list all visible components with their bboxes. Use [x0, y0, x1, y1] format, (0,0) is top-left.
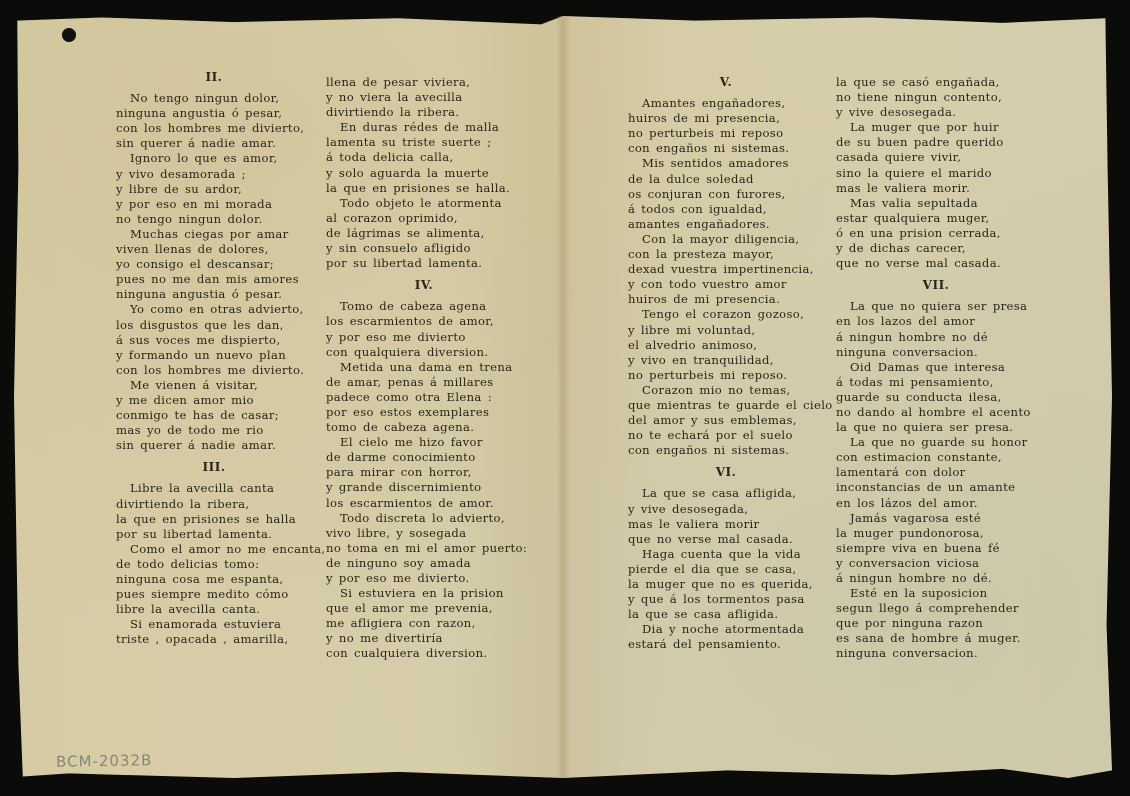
verse-line: que no verse mal casada.	[628, 532, 824, 547]
verse-line: la que se casó engañada,	[836, 75, 1036, 90]
verse-line: mas le valiera morir.	[836, 181, 1036, 196]
verse-line: siempre viva en buena fé	[836, 541, 1036, 556]
verse-line: de ninguno soy amada	[326, 556, 522, 571]
verse-line: y grande discernimiento	[326, 480, 522, 495]
verse-line: No tengo ningun dolor,	[116, 91, 312, 106]
verse-line: Con la mayor diligencia,	[628, 232, 824, 247]
verse-line: á ningun hombre no dé	[836, 330, 1036, 345]
verse-line: Muchas ciegas por amar	[116, 227, 312, 242]
catalog-stamp: BCM-2032B	[56, 751, 153, 771]
verse-line: Amantes engañadores,	[628, 96, 824, 111]
verse-line: para mirar con horror,	[326, 465, 522, 480]
verse-line: y vive desosegada,	[628, 502, 824, 517]
verse-line: Todo objeto le atormenta	[326, 196, 522, 211]
verse-line: Si estuviera en la prision	[326, 586, 522, 601]
verse-line: con los hombres me divierto.	[116, 363, 312, 378]
verse-line: á ningun hombre no dé.	[836, 571, 1036, 586]
verse-line: lamentará con dolor	[836, 465, 1036, 480]
verse-line: sin querer á nadie amar.	[116, 438, 312, 453]
verse-line: no tiene ningun contento,	[836, 90, 1036, 105]
verse-line: sino la quiere el marido	[836, 166, 1036, 181]
verse-line: lamenta su triste suerte ;	[326, 135, 522, 150]
verse-line: dexad vuestra impertinencia,	[628, 262, 824, 277]
verse-line: estará del pensamiento.	[628, 637, 824, 652]
verse-line: me afligiera con razon,	[326, 616, 522, 631]
verse-line: y por eso en mi morada	[116, 197, 312, 212]
verse-line: á toda delicia calla,	[326, 150, 522, 165]
verse-line: La muger que por huir	[836, 120, 1036, 135]
verse-line: por su libertad lamenta.	[326, 256, 522, 271]
verse-line: Me vienen á visitar,	[116, 378, 312, 393]
verse-line: mas yo de todo me rio	[116, 423, 312, 438]
verse-line: libre la avecilla canta.	[116, 602, 312, 617]
verse-line: padece como otra Elena :	[326, 390, 522, 405]
verse-line: en los lázos del amor.	[836, 496, 1036, 511]
verse-line: de amar, penas á millares	[326, 375, 522, 390]
verse-line: ninguna angustia ó pesar.	[116, 287, 312, 302]
column-2: llena de pesar viviera,y no viera la ave…	[326, 75, 522, 662]
verse-line: Oid Damas que interesa	[836, 360, 1036, 375]
verse-line: ninguna cosa me espanta,	[116, 572, 312, 587]
verse-line: no perturbeis mi reposo	[628, 126, 824, 141]
verse-line: huiros de mi presencia,	[628, 111, 824, 126]
verse-line: los disgustos que les dan,	[116, 318, 312, 333]
verse-line: de su buen padre querido	[836, 135, 1036, 150]
verse-line: estar qualquiera muger,	[836, 211, 1036, 226]
verse-line: viven llenas de dolores,	[116, 242, 312, 257]
verse-line: que mientras te guarde el cielo	[628, 398, 824, 413]
verse-line: con cualquiera diversion.	[326, 646, 522, 661]
verse-line: Mis sentidos amadores	[628, 156, 824, 171]
verse-line: y sin consuelo afligido	[326, 241, 522, 256]
verse-line: pues siempre medito cómo	[116, 587, 312, 602]
verse-line: llena de pesar viviera,	[326, 75, 522, 90]
verse-line: los escarmientos de amor.	[326, 496, 522, 511]
verse-line: Yo como en otras advierto,	[116, 302, 312, 317]
verse-line: conmigo te has de casar;	[116, 408, 312, 423]
verse-line: Jamás vagarosa esté	[836, 511, 1036, 526]
verse-line: por eso estos exemplares	[326, 405, 522, 420]
verse-line: ó en una prision cerrada,	[836, 226, 1036, 241]
verse-line: y vive desosegada.	[836, 105, 1036, 120]
verse-line: guarde su conducta ilesa,	[836, 390, 1036, 405]
verse-line: en los lazos del amor	[836, 314, 1036, 329]
verse-line: con estimacion constante,	[836, 450, 1036, 465]
verse-line: Metida una dama en trena	[326, 360, 522, 375]
verse-line: y con todo vuestro amor	[628, 277, 824, 292]
verse-line: á sus voces me dispierto,	[116, 333, 312, 348]
column-3: V.Amantes engañadores,huiros de mi prese…	[628, 75, 824, 652]
verse-line: Tomo de cabeza agena	[326, 299, 522, 314]
verse-line: Como el amor no me encanta,	[116, 542, 312, 557]
verse-line: y vivo en tranquilidad,	[628, 353, 824, 368]
verse-line: la que en prisiones se halla	[116, 512, 312, 527]
verse-line: la muger pundonorosa,	[836, 526, 1036, 541]
section-gap	[116, 453, 312, 460]
verse-line: y no viera la avecilla	[326, 90, 522, 105]
verse-line: divirtiendo la ribera.	[326, 105, 522, 120]
poem-section-heading: III.	[116, 460, 312, 475]
verse-line: casada quiere vivir,	[836, 150, 1036, 165]
verse-line: y vivo desamorada ;	[116, 167, 312, 182]
verse-line: la muger que no es querida,	[628, 577, 824, 592]
verse-line: yo consigo el descansar;	[116, 257, 312, 272]
verse-line: Corazon mio no temas,	[628, 383, 824, 398]
verse-line: y me dicen amor mio	[116, 393, 312, 408]
verse-line: que no verse mal casada.	[836, 256, 1036, 271]
verse-line: y que á los tormentos pasa	[628, 592, 824, 607]
verse-line: y no me divertiría	[326, 631, 522, 646]
verse-line: Ignoro lo que es amor,	[116, 151, 312, 166]
verse-line: Mas valia sepultada	[836, 196, 1036, 211]
verse-line: En duras rédes de malla	[326, 120, 522, 135]
section-gap	[628, 458, 824, 465]
verse-line: á todas mi pensamiento,	[836, 375, 1036, 390]
verse-line: Todo discreta lo advierto,	[326, 511, 522, 526]
verse-line: no toma en mi el amor puerto:	[326, 541, 522, 556]
verse-line: que el amor me prevenia,	[326, 601, 522, 616]
verse-line: mas le valiera morir	[628, 517, 824, 532]
verse-line: y conversacion viciosa	[836, 556, 1036, 571]
verse-line: al corazon oprimido,	[326, 211, 522, 226]
scanned-document: II.No tengo ningun dolor,ninguna angusti…	[0, 0, 1130, 796]
verse-line: El cielo me hizo favor	[326, 435, 522, 450]
verse-line: con la presteza mayor,	[628, 247, 824, 262]
verse-line: con engaños ni sistemas.	[628, 141, 824, 156]
verse-line: La que se casa afligida,	[628, 486, 824, 501]
verse-line: con los hombres me divierto,	[116, 121, 312, 136]
verse-line: triste , opacada , amarilla,	[116, 632, 312, 647]
verse-line: á todos con igualdad,	[628, 202, 824, 217]
verse-line: los escarmientos de amor,	[326, 314, 522, 329]
verse-line: y libre mi voluntad,	[628, 323, 824, 338]
poem-section-heading: IV.	[326, 278, 522, 293]
verse-line: Esté en la suposicion	[836, 586, 1036, 601]
poem-section-heading: VII.	[836, 278, 1036, 293]
verse-line: la que en prisiones se halla.	[326, 181, 522, 196]
verse-line: no te echará por el suelo	[628, 428, 824, 443]
verse-line: inconstancias de un amante	[836, 480, 1036, 495]
verse-line: La que no quiera ser presa	[836, 299, 1036, 314]
verse-line: con qualquiera diversion.	[326, 345, 522, 360]
verse-line: Si enamorada estuviera	[116, 617, 312, 632]
verse-line: no perturbeis mi reposo.	[628, 368, 824, 383]
verse-line: es sana de hombre á muger.	[836, 631, 1036, 646]
column-1: II.No tengo ningun dolor,ninguna angusti…	[116, 70, 312, 647]
verse-line: del amor y sus emblemas,	[628, 413, 824, 428]
verse-line: y solo aguarda la muerte	[326, 166, 522, 181]
verse-line: que por ninguna razon	[836, 616, 1036, 631]
section-gap	[836, 271, 1036, 278]
center-fold	[556, 16, 570, 778]
verse-line: no tengo ningun dolor.	[116, 212, 312, 227]
verse-line: y libre de su ardor,	[116, 182, 312, 197]
verse-line: vivo libre, y sosegada	[326, 526, 522, 541]
verse-line: la que no quiera ser presa.	[836, 420, 1036, 435]
verse-line: y por eso me divierto.	[326, 571, 522, 586]
verse-line: ninguna conversacion.	[836, 646, 1036, 661]
verse-line: Libre la avecilla canta	[116, 481, 312, 496]
verse-line: La que no guarde su honor	[836, 435, 1036, 450]
verse-line: Tengo el corazon gozoso,	[628, 307, 824, 322]
verse-line: huiros de mi presencia.	[628, 292, 824, 307]
verse-line: sin querer á nadie amar.	[116, 136, 312, 151]
verse-line: de darme conocimiento	[326, 450, 522, 465]
verse-line: Dia y noche atormentada	[628, 622, 824, 637]
verse-line: y de dichas carecer,	[836, 241, 1036, 256]
verse-line: amantes engañadores.	[628, 217, 824, 232]
verse-line: tomo de cabeza agena.	[326, 420, 522, 435]
verse-line: ninguna conversacion.	[836, 345, 1036, 360]
poem-section-heading: VI.	[628, 465, 824, 480]
verse-line: Haga cuenta que la vida	[628, 547, 824, 562]
poem-section-heading: V.	[628, 75, 824, 90]
poem-section-heading: II.	[116, 70, 312, 85]
verse-line: divirtiendo la ribera,	[116, 497, 312, 512]
verse-line: de todo delicias tomo:	[116, 557, 312, 572]
section-gap	[326, 271, 522, 278]
verse-line: de la dulce soledad	[628, 172, 824, 187]
verse-line: pues no me dan mis amores	[116, 272, 312, 287]
verse-line: la que se casa afligida.	[628, 607, 824, 622]
verse-line: pierde el dia que se casa,	[628, 562, 824, 577]
verse-line: el alvedrio animoso,	[628, 338, 824, 353]
verse-line: por su libertad lamenta.	[116, 527, 312, 542]
ink-blot	[62, 28, 76, 42]
verse-line: y por eso me divierto	[326, 330, 522, 345]
verse-line: no dando al hombre el acento	[836, 405, 1036, 420]
verse-line: con engaños ni sistemas.	[628, 443, 824, 458]
verse-line: os conjuran con furores,	[628, 187, 824, 202]
verse-line: y formando un nuevo plan	[116, 348, 312, 363]
verse-line: ninguna angustia ó pesar,	[116, 106, 312, 121]
verse-line: de lágrimas se alimenta,	[326, 226, 522, 241]
column-4: la que se casó engañada,no tiene ningun …	[836, 75, 1036, 662]
verse-line: segun llego á comprehender	[836, 601, 1036, 616]
